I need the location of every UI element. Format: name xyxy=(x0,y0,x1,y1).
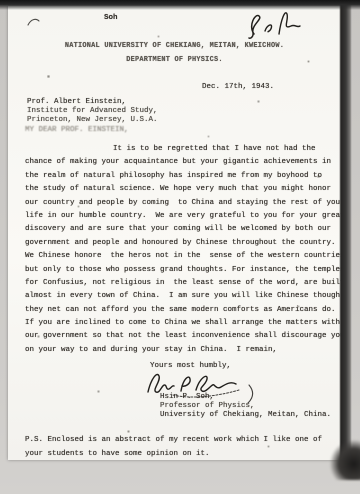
body-line: the realm of natural philosophy has insp… xyxy=(25,170,339,183)
salutation: MY DEAR PROF. EINSTEIN, xyxy=(25,126,129,135)
filing-annotation: Soh xyxy=(104,14,118,23)
body-line: It is to be regretted that I have not ha… xyxy=(25,143,339,156)
letter-date: Dec. 17th, 1943. xyxy=(202,83,274,92)
body-line: life in our humble country. We are very … xyxy=(25,210,339,223)
body-line: discovery and are sure that your coming … xyxy=(25,223,339,236)
sender-institution: University of Chekiang, Meitan, China. xyxy=(160,411,331,420)
letterhead-line1: NATIONAL UNIVERSITY OF CHEKIANG, MEITAN,… xyxy=(8,42,341,51)
pen-check-mark-icon xyxy=(26,15,42,29)
body-line: chance of making your acquaintance but y… xyxy=(25,156,339,169)
sender-typed-name: Hsin P. Soh, xyxy=(160,393,214,402)
body-line: our government so that not the least inc… xyxy=(25,330,339,343)
body-line: If you are inclined to come to China we … xyxy=(25,317,339,330)
letterhead-line2: DEPARTMENT OF PHYSICS. xyxy=(8,56,341,65)
scanned-letter-document: Soh NATIONAL UNIVERSITY OF CHEKIANG, MEI… xyxy=(0,0,360,494)
recipient-address: Princeton, New Jersey, U.S.A. xyxy=(27,116,158,125)
body-line: government and people and honoured by Ch… xyxy=(25,237,339,250)
postscript-line1: P.S. Enclosed is an abstract of my recen… xyxy=(25,436,322,445)
scan-edge-right xyxy=(340,4,351,466)
body-line: almost in every town of China. I am sure… xyxy=(25,290,339,303)
handwritten-soh-mark-icon xyxy=(238,6,304,46)
postscript-line2: your students to have some opinion on it… xyxy=(25,450,210,459)
letter-body: It is to be regretted that I have not ha… xyxy=(25,143,339,357)
body-line: they net can not afford you the same mod… xyxy=(25,304,339,317)
body-line: the study of natural science. We hope ve… xyxy=(25,183,339,196)
body-line: but only to those who possess grand thou… xyxy=(25,264,339,277)
recipient-institute: Institute for Advanced Study, xyxy=(27,107,158,116)
body-line: our country and people by coming to Chin… xyxy=(25,197,339,210)
body-line: for Confusius, not religious in the leas… xyxy=(25,277,339,290)
letter-page: Soh NATIONAL UNIVERSITY OF CHEKIANG, MEI… xyxy=(8,6,341,460)
body-line: We Chinese honore the heros not in the s… xyxy=(25,250,339,263)
recipient-name: Prof. Albert Einstein, xyxy=(27,98,126,107)
sender-title: Professor of Physics, xyxy=(160,402,255,411)
scan-edge-top xyxy=(0,0,360,10)
scan-corner-shadow xyxy=(330,440,360,480)
body-line: on your way to and during your stay in C… xyxy=(25,344,339,357)
